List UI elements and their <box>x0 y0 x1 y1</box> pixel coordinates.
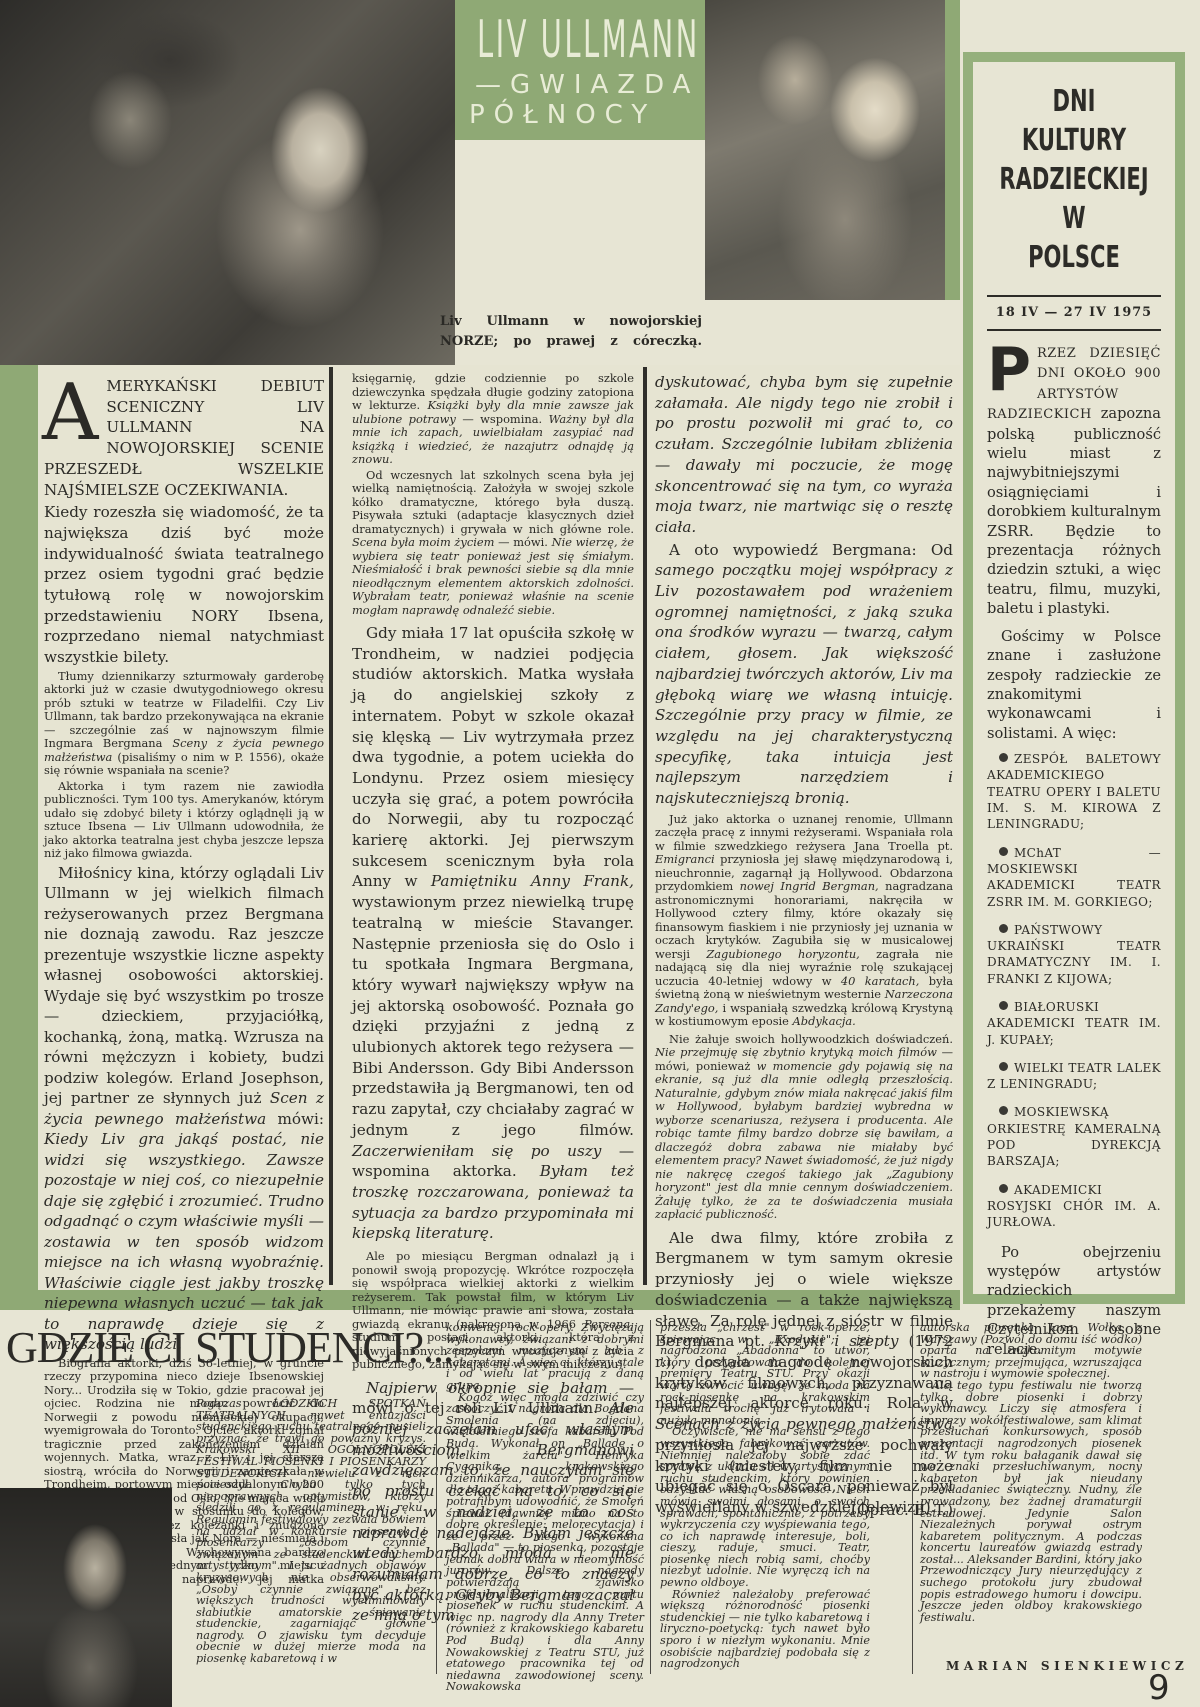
photo-liv-ullmann-daughter <box>705 0 945 300</box>
list-item: PAŃSTWOWY UKRAIŃSKI TEATR DRAMATYCZNY IM… <box>987 922 1161 987</box>
photo-bogdan-smolen <box>0 1488 172 1707</box>
students-column-3: przeszła „chrzest" w rock-operze, śpiewa… <box>660 1322 870 1670</box>
paragraph: Gościmy w Polsce znane i zasłużone zespo… <box>987 627 1161 743</box>
green-band-right-photo <box>945 0 960 300</box>
feature-title-block: LIV ULLMANN —GWIAZDA PÓŁNOCY <box>455 0 705 140</box>
paragraph: dyskutować, chyba bym się zupełnie załam… <box>655 372 953 538</box>
paragraph: Gdy miała 17 lat opuściła szkołę w Trond… <box>352 623 634 1244</box>
bullet-icon <box>999 1001 1008 1010</box>
event-dates: 18 IV — 27 IV 1975 <box>973 297 1175 329</box>
feature-subtitle-2: PÓŁNOCY <box>469 100 656 130</box>
paragraph: A oto wypowiedź Bergmana: Od samego pocz… <box>655 540 953 809</box>
column-rule <box>436 1392 437 1674</box>
drop-cap: P <box>987 345 1031 395</box>
bullet-icon <box>999 1062 1008 1071</box>
sidebar-body: PRZEZ DZIESIĘĆ DNI OKOŁO 900 ARTYSTÓW RA… <box>973 331 1175 1359</box>
bullet-icon <box>999 753 1008 762</box>
bullet-icon <box>999 847 1008 856</box>
list-item: AKADEMICKI ROSYJSKI CHÓR IM. A. JURŁOWA. <box>987 1182 1161 1231</box>
bullet-icon <box>999 1106 1008 1115</box>
paragraph: Aktorka i tym razem nie zawiodła publicz… <box>44 780 324 861</box>
photo-caption: Liv Ullmann w nowojorskiej NORZE; po pra… <box>440 312 702 352</box>
paragraph: Nie żałuje swoich hollywoodzkich doświad… <box>655 1033 953 1222</box>
feature-title: LIV ULLMANN <box>477 10 700 70</box>
list-item: BIAŁORUSKI AKADEMICKI TEATR IM. J. KUPAŁ… <box>987 999 1161 1048</box>
page-number: 9 <box>1148 1668 1170 1707</box>
bullet-icon <box>999 1184 1008 1193</box>
paragraph: Już jako aktorka o uznanej renomie, Ullm… <box>655 813 953 1029</box>
drop-cap: A <box>42 380 98 446</box>
sidebar-title: DNI KULTURY RADZIECKIEJ W POLSCE <box>995 82 1153 277</box>
list-item: MOSKIEWSKĄ ORKIESTRĘ KAMERALNĄ POD DYREK… <box>987 1104 1161 1169</box>
ensemble-list: ZESPÓŁ BALETOWY AKADEMICKIEGO TEATRU OPE… <box>987 751 1161 1230</box>
feature-subtitle-1: —GWIAZDA <box>475 70 699 100</box>
students-column-1: Podczas ŁÓDZKICH SPOTKAŃ TEATRALNYCH naw… <box>196 1398 426 1665</box>
column-rule <box>650 1320 651 1674</box>
column-rule <box>329 367 333 1285</box>
paragraph: Miłośnicy kina, którzy oglądali Liv Ullm… <box>44 863 324 1355</box>
lead-body: Kiedy rozeszła się wiadomość, że ta najw… <box>44 502 324 668</box>
column-rule <box>912 1320 913 1674</box>
students-column-2: konwencji rock-opery. Zwyciężają wykonaw… <box>446 1322 644 1693</box>
list-item: ZESPÓŁ BALETOWY AKADEMICKIEGO TEATRU OPE… <box>987 751 1161 832</box>
students-column-4: autorska piosenka Jana Wołka z Warszawy … <box>920 1322 1142 1623</box>
photo-liv-ullmann-stage <box>0 0 455 365</box>
paragraph: Od wczesnych lat szkolnych scena była je… <box>352 469 634 618</box>
list-item: WIELKI TEATR LALEK Z LENINGRADU; <box>987 1060 1161 1093</box>
list-item: MChAT — MOSKIEWSKI AKADEMICKI TEATR ZSRR… <box>987 845 1161 910</box>
bullet-icon <box>999 924 1008 933</box>
sidebar-soviet-culture-days: DNI KULTURY RADZIECKIEJ W POLSCE 18 IV —… <box>963 52 1185 1304</box>
column-rule <box>643 367 647 1285</box>
paragraph: Tłumy dziennikarzy szturmowały garderobę… <box>44 670 324 778</box>
students-article-title: GDZIE CI STUDENCI?... <box>6 1322 453 1373</box>
paragraph: księgarnię, gdzie codziennie po szkole d… <box>352 372 634 467</box>
